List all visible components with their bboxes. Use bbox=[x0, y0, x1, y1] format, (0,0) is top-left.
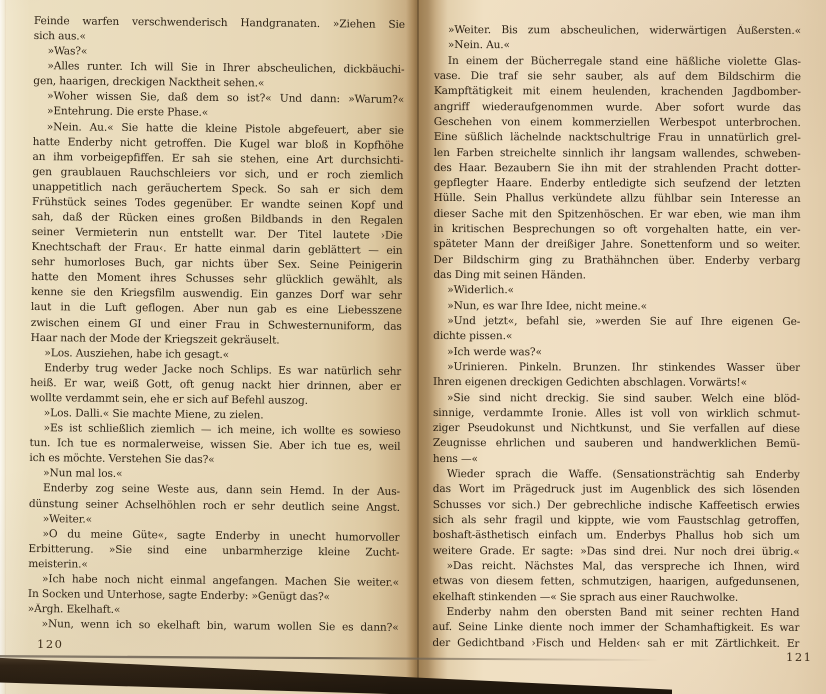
page-number-left: 120 bbox=[37, 637, 63, 651]
text-line: »Urinieren. Pinkeln. Brunzen. Ihr stinke… bbox=[433, 361, 800, 377]
text-line: auf. Seine Linke diente noch immer der S… bbox=[432, 621, 799, 637]
text-line: gepflegter Haare. Enderby entledigte sic… bbox=[434, 177, 801, 193]
text-line: »Nein. Au.« bbox=[434, 39, 801, 55]
text-line: dieser Sache mit den Spitzenhöschen. Er … bbox=[433, 208, 800, 224]
text-line: ekelhaft stinkenden —« Sie sprach aus ei… bbox=[432, 591, 799, 607]
text-line: Hülle. Sein Phallus verkündete allzu füh… bbox=[434, 192, 801, 208]
text-line: boshaft-ästhetisch einfach um. Enderbys … bbox=[433, 529, 800, 545]
text-line: in kritischen Besprechungen so oft vorge… bbox=[433, 223, 800, 239]
text-line: Eine süßlich lächelnde nacktschultrige F… bbox=[434, 131, 801, 147]
book-gutter-shadow bbox=[406, 0, 428, 694]
text-line: Schusses vor sich.) Der gebrechliche ind… bbox=[433, 499, 800, 515]
text-line: vase. Die traf sie sehr sauber, als auf … bbox=[434, 70, 801, 86]
text-line: der Gedichtband ›Fisch und Helden‹ sah e… bbox=[432, 636, 799, 652]
text-line: dichte pissen.« bbox=[433, 330, 800, 346]
text-line: angriff wiederaufgenommen wurde. Aber so… bbox=[434, 101, 801, 117]
text-line: »Weiter. Bis zum abscheulichen, widerwär… bbox=[434, 24, 801, 40]
page-right-text: »Weiter. Bis zum abscheulichen, widerwär… bbox=[432, 24, 801, 653]
text-line: sich als sehr fragil und kippte, wie vom… bbox=[433, 514, 800, 530]
text-line: Kampftätigkeit mit einem heulenden, krac… bbox=[434, 85, 801, 101]
page-right: »Weiter. Bis zum abscheulichen, widerwär… bbox=[428, 0, 826, 694]
text-line: weitere Grade. Er sagte: »Das sind drei.… bbox=[433, 545, 800, 561]
text-line: späteter Mann der dreißiger Jahre. Sonet… bbox=[433, 238, 800, 254]
text-line: sinnige, verdammte Ironie. Alles ist vol… bbox=[433, 407, 800, 423]
text-line: Enderby nahm den obersten Band mit seine… bbox=[432, 606, 799, 622]
gutter-crease bbox=[417, 0, 419, 694]
page-left: Feinde warfen verschwenderisch Handgrana… bbox=[6, 0, 406, 694]
text-line: das Wort im Prägedruck just im Augenblic… bbox=[433, 483, 800, 499]
page-number-right: 121 bbox=[786, 650, 812, 664]
text-line: »Das reicht. Nächstes Mal, das versprech… bbox=[433, 560, 800, 576]
text-line: »Ich werde was?« bbox=[433, 346, 800, 362]
text-line: Wieder sprach die Waffe. (Sensationsträc… bbox=[433, 468, 800, 484]
text-line: hens —« bbox=[433, 453, 800, 469]
text-line: Zeugnisse ehrlichen und sauberen und han… bbox=[433, 437, 800, 453]
text-line: das Ding mit seinen Händen. bbox=[433, 269, 800, 285]
text-line: Geschehen von einem kommerziellen Werbes… bbox=[434, 116, 801, 132]
text-line: etwas von diesem fetten, schmutzigen, ha… bbox=[433, 575, 800, 591]
text-line: ziger Pseudokunst und Nichtkunst, und Si… bbox=[433, 422, 800, 438]
text-line: Ihren eigenen dreckigen Gedichten abschl… bbox=[433, 376, 800, 392]
text-line: In einem der Bücherregale stand eine häß… bbox=[434, 55, 801, 71]
text-line: len Farben streichelte sinnlich ihr lang… bbox=[434, 146, 801, 162]
text-line: »Und jetzt«, befahl sie, »werden Sie auf… bbox=[433, 315, 800, 331]
text-line: des Haar. Bezaubern Sie ihn mit der stra… bbox=[434, 162, 801, 178]
text-line: »Widerlich.« bbox=[433, 284, 800, 300]
text-line: »Sie sind nicht dreckig. Sie sind sauber… bbox=[433, 391, 800, 407]
page-left-text: Feinde warfen verschwenderisch Handgrana… bbox=[28, 15, 405, 637]
book-scan: Feinde warfen verschwenderisch Handgrana… bbox=[0, 0, 826, 694]
text-line: Der Bildschirm ging zu Brathähnchen über… bbox=[433, 254, 800, 270]
text-line: »Nun, wenn ich so ekelhaft bin, warum wo… bbox=[28, 618, 399, 637]
text-line: »Nun, es war Ihre Idee, nicht meine.« bbox=[433, 300, 800, 316]
